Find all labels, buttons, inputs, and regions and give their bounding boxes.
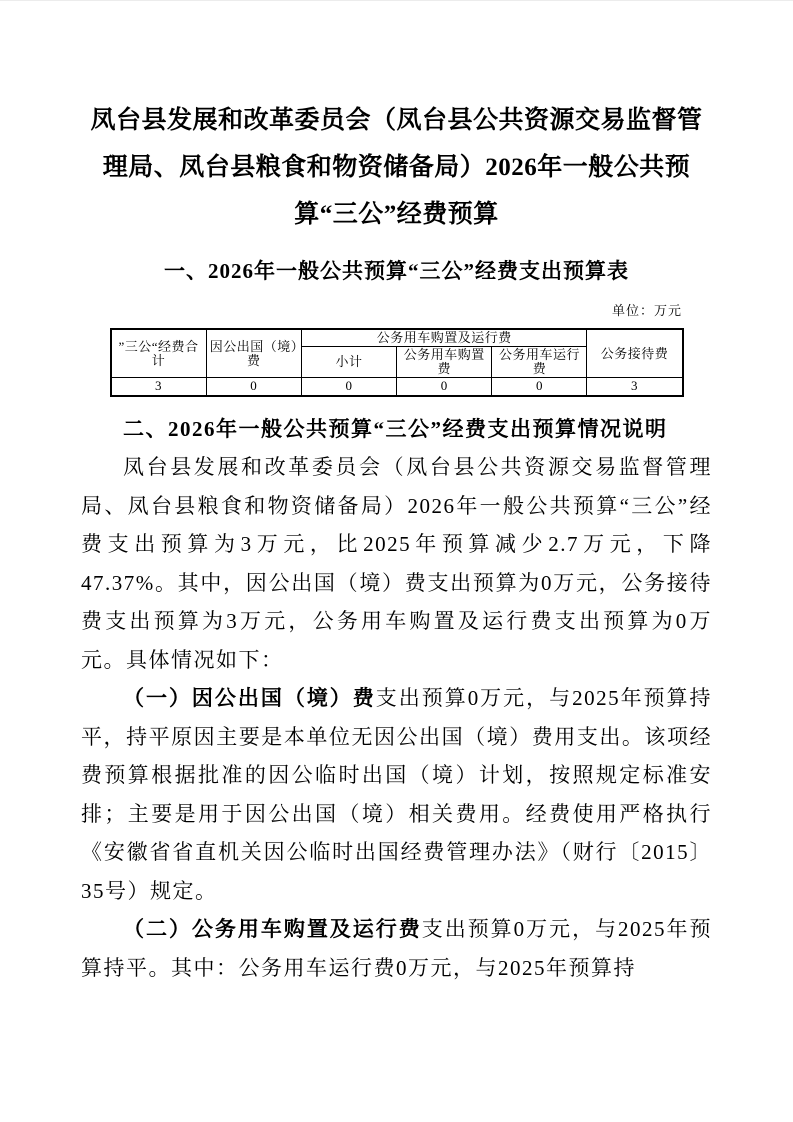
table-header-subtotal: 小计 <box>302 347 397 378</box>
section1-heading: 一、2026年一般公共预算“三公”经费支出预算表 <box>81 256 712 286</box>
table-value-reception-fee: 3 <box>587 378 683 396</box>
table-header-vehicle-group: 公务用车购置及运行费 <box>302 329 587 347</box>
document-page: 凤台县发展和改革委员会（凤台县公共资源交易监督管理局、凤台县粮食和物资储备局）2… <box>0 0 793 1122</box>
table-value-vehicle-operation: 0 <box>492 378 587 396</box>
table-value-abroad-fee: 0 <box>206 378 302 396</box>
paragraph-item-1-lead: （一）因公出国（境）费 <box>123 686 376 710</box>
paragraph-budget-overview-text: 凤台县发展和改革委员会（凤台县公共资源交易监督管理局、凤台县粮食和物资储备局）2… <box>81 455 712 672</box>
paragraph-item-1-abroad: （一）因公出国（境）费支出预算0万元，与2025年预算持平，持平原因主要是本单位… <box>81 679 712 910</box>
paragraph-budget-overview: 凤台县发展和改革委员会（凤台县公共资源交易监督管理局、凤台县粮食和物资储备局）2… <box>81 448 712 679</box>
table-header-reception-fee: 公务接待费 <box>587 329 683 378</box>
table-header-sangong-total: ”三公“经费合计 <box>111 329 207 378</box>
document-content: 凤台县发展和改革委员会（凤台县公共资源交易监督管理局、凤台县粮食和物资储备局）2… <box>0 97 793 987</box>
table-value-vehicle-purchase: 0 <box>396 378 492 396</box>
paragraph-item-2-vehicle: （二）公务用车购置及运行费支出预算0万元，与2025年预算持平。其中：公务用车运… <box>81 910 712 987</box>
paragraph-item-2-lead: （二）公务用车购置及运行费 <box>123 917 422 941</box>
table-header-vehicle-purchase: 公务用车购置费 <box>396 347 492 378</box>
table-header-abroad-fee: 因公出国（境）费 <box>206 329 302 378</box>
table-value-subtotal: 0 <box>302 378 397 396</box>
budget-table: ”三公“经费合计 因公出国（境）费 公务用车购置及运行费 公务接待费 小计 公务… <box>110 328 684 397</box>
paragraph-item-1-text: 支出预算0万元，与2025年预算持平，持平原因主要是本单位无因公出国（境）费用支… <box>81 686 712 903</box>
unit-label: 单位：万元 <box>81 303 712 319</box>
section2-heading: 二、2026年一般公共预算“三公”经费支出预算情况说明 <box>81 410 712 449</box>
document-title: 凤台县发展和改革委员会（凤台县公共资源交易监督管理局、凤台县粮食和物资储备局）2… <box>81 97 712 238</box>
table-value-sangong-total: 3 <box>111 378 207 396</box>
table-header-vehicle-operation: 公务用车运行费 <box>492 347 587 378</box>
table-row: 3 0 0 0 0 3 <box>111 378 683 396</box>
